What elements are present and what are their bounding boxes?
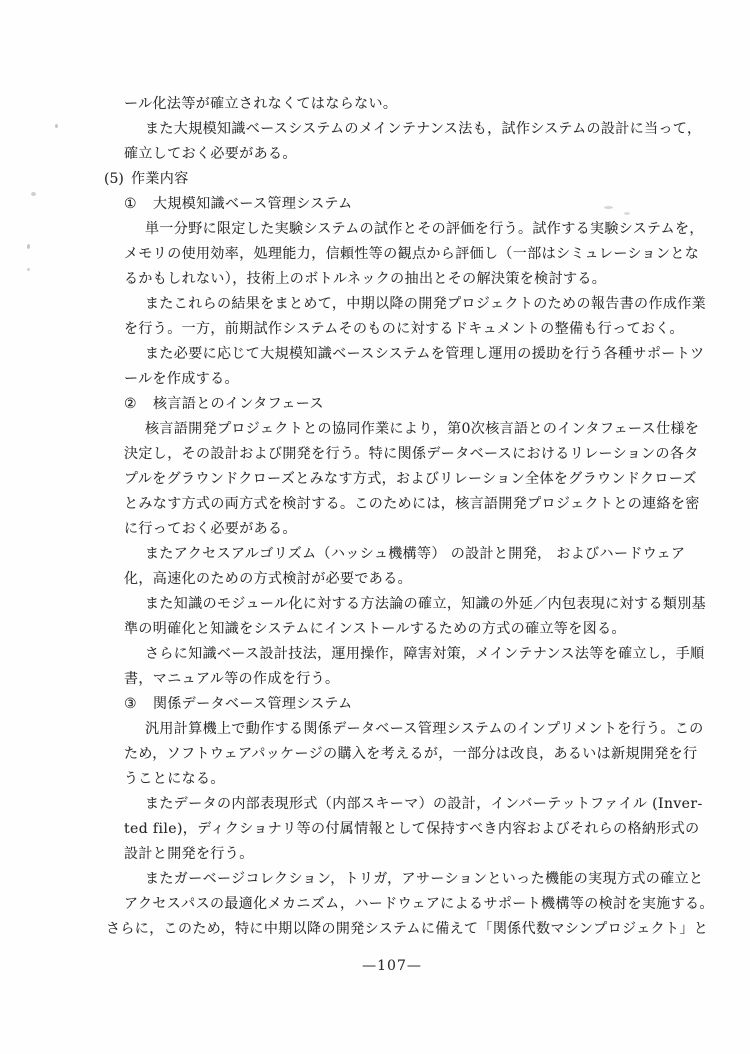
heading-text: 核言語とのインタフェース [153,396,324,412]
text-line: 汎用計算機上で動作する関係データベース管理システムのインプリメントを行う。この [145,717,724,742]
heading-line: ①大規模知識ベース管理システム [124,192,724,217]
text-line: さらに知識ベース設計技法，運用操作，障害対策，メインテナンス法等を確立し，手順 [145,642,724,667]
text-line: 準の明確化と知識をシステムにインストールするための方式の確立等を図る。 [124,617,724,642]
text-line: さらに，このため，特に中期以降の開発システムに備えて「関係代数マシンプロジェクト… [106,917,724,942]
text-line: メモリの使用効率，処理能力，信頼性等の観点から評価し（一部はシミュレーションとな [124,242,724,267]
text-line: 決定し，その設計および開発を行う。特に関係データベースにおけるリレーションの各タ [124,442,724,467]
text-line: ール化法等が確立されなくてはならない。 [124,92,724,117]
heading-line: (5)作業内容 [104,167,724,192]
text-line: またアクセスアルゴリズム（ハッシュ機構等） の設計と開発， およびハードウェア [145,542,724,567]
scan-speckle [624,212,630,215]
text-line: 書，マニュアル等の作成を行う。 [124,667,724,692]
text-line: また知識のモジュール化に対する方法論の確立，知識の外延／内包表現に対する類別基 [145,592,724,617]
text-line: を行う。一方，前期試作システムそのものに対するドキュメントの整備も行っておく。 [124,317,724,342]
text-line: また必要に応じて大規模知識ベースシステムを管理し運用の援助を行う各種サポートツ [145,342,724,367]
list-marker: (5) [104,167,131,192]
page-number: —107— [362,958,422,974]
scan-speckle [27,268,30,271]
text-line: また大規模知識ベースシステムのメインテナンス法も，試作システムの設計に当って， [145,117,724,142]
text-line: またこれらの結果をまとめて，中期以降の開発プロジェクトのための報告書の作成作業 [145,292,724,317]
text-line: 単一分野に限定した実験システムの試作とその評価を行う。試作する実験システムを， [145,217,724,242]
text-line: うことになる。 [124,767,724,792]
scan-speckle [604,206,613,209]
text-line: ため，ソフトウェアパッケージの購入を考えるが，一部分は改良，あるいは新規開発を行 [124,742,724,767]
heading-line: ③関係データベース管理システム [124,692,724,717]
list-marker: ① [124,192,153,217]
heading-text: 作業内容 [131,171,189,187]
text-line: またデータの内部表現形式（内部スキーマ）の設計，インバーテットファイル (Inv… [145,792,724,817]
text-line: るかもしれない），技術上のボトルネックの抽出とその解決策を検討する。 [124,267,724,292]
heading-text: 大規模知識ベース管理システム [153,196,353,212]
scan-speckle [27,244,30,249]
text-line: プルをグラウンドクローズとみなす方式，およびリレーション全体をグラウンドクローズ [124,467,724,492]
text-line: ted file)，ディクショナリ等の付属情報として保持すべき内容およびそれらの… [124,817,724,842]
scan-speckle [31,192,36,196]
text-line: とみなす方式の両方式を検討する。このためには，核言語開発プロジェクトとの連絡を密 [124,492,724,517]
heading-line: ②核言語とのインタフェース [124,392,724,417]
document-page: ール化法等が確立されなくてはならない。また大規模知識ベースシステムのメインテナン… [0,0,750,1054]
text-line: 設計と開発を行う。 [124,842,724,867]
text-line: またガーベージコレクション，トリガ，アサーションといった機能の実現方式の確立と [145,867,724,892]
text-line: 核言語開発プロジェクトとの協同作業により，第0次核言語とのインタフェース仕様を [145,417,724,442]
text-line: 確立しておく必要がある。 [124,142,724,167]
heading-text: 関係データベース管理システム [153,696,353,712]
document-body: ール化法等が確立されなくてはならない。また大規模知識ベースシステムのメインテナン… [124,92,724,942]
list-marker: ③ [124,692,153,717]
text-line: 化，高速化のための方式検討が必要である。 [124,567,724,592]
text-line: アクセスパスの最適化メカニズム，ハードウェアによるサポート機構等の検討を実施する… [124,892,724,917]
text-line: に行っておく必要がある。 [124,517,724,542]
scan-speckle [55,124,58,128]
text-line: ールを作成する。 [124,367,724,392]
list-marker: ② [124,392,153,417]
